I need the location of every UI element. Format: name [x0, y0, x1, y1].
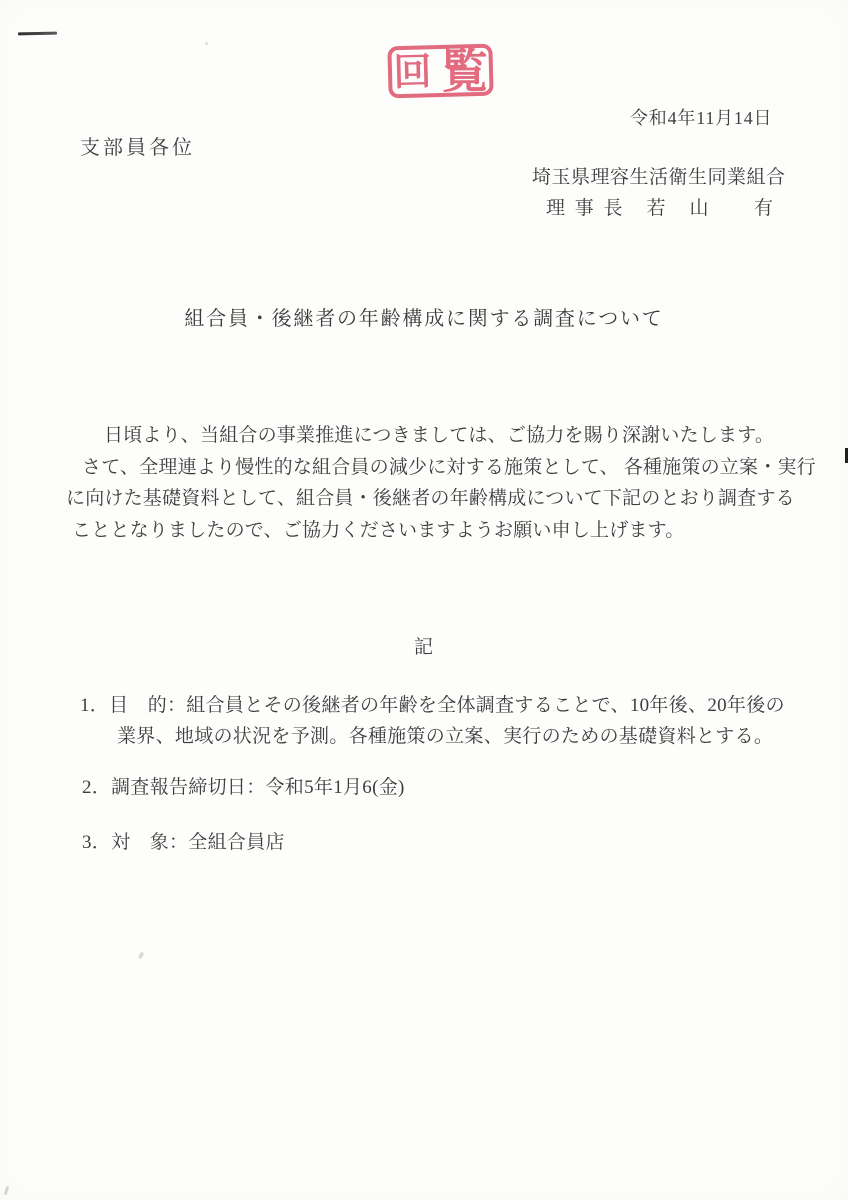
- scan-artifact-speck: [4, 1186, 9, 1195]
- record-marker: 記: [0, 632, 848, 659]
- scan-artifact-dash: [18, 32, 57, 36]
- body-line: こととなりましたので、ご協力くださいますようお願い申し上げます。: [66, 515, 792, 547]
- sender-signer: 理 事 長 若 山 有: [546, 193, 776, 220]
- document-title: 組合員・後継者の年齢構成に関する調査について: [0, 302, 848, 331]
- body-line: さて、全理連より慢性的な組合員の減少に対する施策として、 各種施策の立案・実行: [66, 452, 792, 484]
- scan-artifact-speck: [138, 952, 144, 960]
- circulation-stamp: 回 覧: [387, 44, 493, 99]
- body-paragraph: 日頃より、当組合の事業推進につきましては、ご協力を賜り深謝いたします。 さて、全…: [66, 420, 792, 546]
- list-item-target: 3．対 象：全組合員店: [82, 827, 285, 854]
- body-line: 日頃より、当組合の事業推進につきましては、ご協力を賜り深謝いたします。: [66, 420, 792, 452]
- stamp-char-kai: 回: [393, 53, 432, 92]
- stamp-char-ran: 覧: [440, 49, 487, 96]
- document-date: 令和4年11月14日: [630, 104, 772, 130]
- list-item-deadline: 2．調査報告締切日：令和5年1月6(金): [82, 772, 405, 799]
- body-line: に向けた基礎資料として、組合員・後継者の年齢構成について下記のとおり調査する: [66, 483, 792, 515]
- scan-artifact-speck: [205, 42, 208, 45]
- list-item-purpose-line2: 業界、地域の状況を予測。各種施策の立案、実行のための基礎資料とする。: [117, 721, 773, 748]
- sender-organization: 埼玉県理容生活衛生同業組合: [532, 162, 786, 189]
- document-page: 回 覧 令和4年11月14日 支部員各位 埼玉県理容生活衛生同業組合 理 事 長…: [0, 0, 848, 1200]
- recipient-line: 支部員各位: [80, 131, 195, 160]
- list-item-purpose-line1: 1．目 的：組合員とその後継者の年齢を全体調査することで、10年後、20年後の: [80, 690, 785, 717]
